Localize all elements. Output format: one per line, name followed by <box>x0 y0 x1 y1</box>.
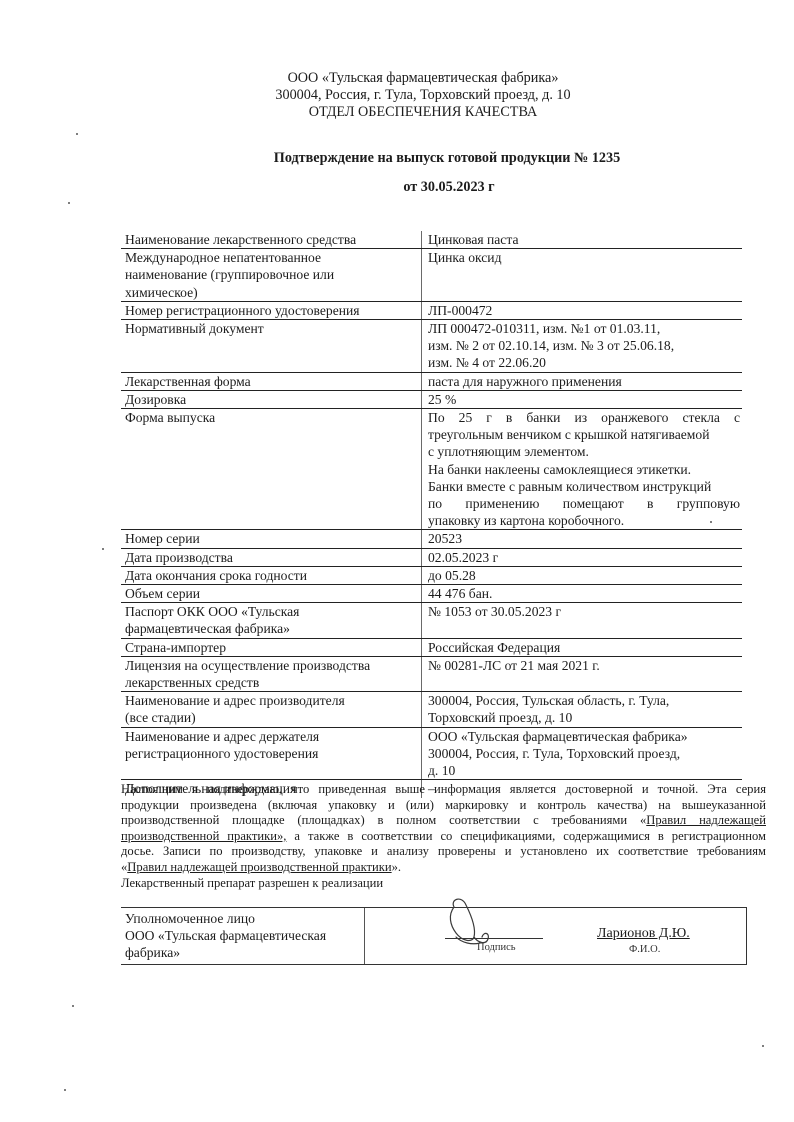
field-label: Лекарственная форма <box>121 373 421 390</box>
field-label: Номер регистрационного удостоверения <box>121 302 421 319</box>
field-value: № 1053 от 30.05.2023 г <box>421 603 742 637</box>
field-value: По 25 г в банки из оранжевого стекла стр… <box>421 409 742 529</box>
table-row: Страна-импортерРоссийская Федерация <box>121 639 742 657</box>
table-row: Нормативный документЛП 000472-010311, из… <box>121 320 742 373</box>
field-label: Дозировка <box>121 391 421 408</box>
field-label: Дата производства <box>121 549 421 566</box>
field-value: Цинка оксид <box>421 249 742 301</box>
table-row: Наименование и адрес держателярегистраци… <box>121 728 742 781</box>
scan-speck <box>64 1089 66 1091</box>
field-label: Лицензия на осуществление производствале… <box>121 657 421 691</box>
field-label: Наименование и адрес производителя(все с… <box>121 692 421 726</box>
field-label: Номер серии <box>121 530 421 547</box>
table-row: Форма выпускаПо 25 г в банки из оранжево… <box>121 409 742 530</box>
scan-speck <box>710 521 712 523</box>
statement-line: продукции произведена (включая упаковку … <box>121 798 766 814</box>
table-row: Объем серии44 476 бан. <box>121 585 742 603</box>
table-row: Международное непатентованноенаименовани… <box>121 249 742 302</box>
field-value: до 05.28 <box>421 567 742 584</box>
field-value: 25 % <box>421 391 742 408</box>
table-row: Дата производства02.05.2023 г <box>121 549 742 567</box>
scan-speck <box>72 1005 74 1007</box>
table-row: Лекарственная формапаста для наружного п… <box>121 373 742 391</box>
field-value: Российская Федерация <box>421 639 742 656</box>
scan-speck <box>102 548 104 550</box>
field-label: Форма выпуска <box>121 409 421 529</box>
statement-line: Настоящим я подтверждаю, что приведенная… <box>121 782 766 798</box>
gmp-reference: Правил надлежащей производственной практ… <box>127 860 391 874</box>
field-label: Наименование лекарственного средства <box>121 231 421 248</box>
scan-speck <box>68 202 70 204</box>
table-row: Номер серии20523 <box>121 530 742 548</box>
statement-line: производственной площадке (площадках) в … <box>121 813 766 829</box>
document-date: от 30.05.2023 г <box>52 179 794 196</box>
field-value: № 00281-ЛС от 21 мая 2021 г. <box>421 657 742 691</box>
scan-speck <box>762 1045 764 1047</box>
statement-line: «Правил надлежащей производственной прак… <box>121 860 766 876</box>
field-label: Наименование и адрес держателярегистраци… <box>121 728 421 780</box>
release-permission: Лекарственный препарат разрешен к реализ… <box>121 876 766 892</box>
signature-block: Уполномоченное лицо ООО «Тульская фармац… <box>121 907 747 965</box>
field-label: Нормативный документ <box>121 320 421 372</box>
field-label: Страна-импортер <box>121 639 421 656</box>
field-value: 300004, Россия, Тульская область, г. Тул… <box>421 692 742 726</box>
field-label: Дата окончания срока годности <box>121 567 421 584</box>
handwritten-signature-icon <box>440 893 510 953</box>
company-name: ООО «Тульская фармацевтическая фабрика» <box>52 70 794 87</box>
field-value: 20523 <box>421 530 742 547</box>
authorized-person: Уполномоченное лицо ООО «Тульская фармац… <box>121 908 365 964</box>
name-label: Ф.И.О. <box>629 944 660 955</box>
field-value: 02.05.2023 г <box>421 549 742 566</box>
field-value: 44 476 бан. <box>421 585 742 602</box>
field-value: ЛП 000472-010311, изм. №1 от 01.03.11,из… <box>421 320 742 372</box>
field-label: Международное непатентованноенаименовани… <box>121 249 421 301</box>
field-label: Паспорт ОКК ООО «Тульскаяфармацевтическа… <box>121 603 421 637</box>
gmp-reference: Правил надлежащей <box>646 813 766 827</box>
field-value: Цинковая паста <box>421 231 742 248</box>
field-value: ЛП-000472 <box>421 302 742 319</box>
table-row: Номер регистрационного удостоверенияЛП-0… <box>121 302 742 320</box>
field-value: ООО «Тульская фармацевтическая фабрика»3… <box>421 728 742 780</box>
field-label: Объем серии <box>121 585 421 602</box>
field-value: паста для наружного применения <box>421 373 742 390</box>
statement-line: производственной практики», а также в со… <box>121 829 766 845</box>
table-row: Наименование лекарственного средстваЦинк… <box>121 231 742 249</box>
product-info-table: Наименование лекарственного средстваЦинк… <box>121 231 742 798</box>
table-row: Паспорт ОКК ООО «Тульскаяфармацевтическа… <box>121 603 742 638</box>
company-address: 300004, Россия, г. Тула, Торховский прое… <box>52 87 794 104</box>
table-row: Дозировка25 % <box>121 391 742 409</box>
document-header: ООО «Тульская фармацевтическая фабрика» … <box>0 70 794 121</box>
statement-line: досье. Записи по производству, упаковке … <box>121 844 766 860</box>
gmp-reference: производственной практики», <box>121 829 286 843</box>
table-row: Наименование и адрес производителя(все с… <box>121 692 742 727</box>
document-title: Подтверждение на выпуск готовой продукци… <box>50 150 794 167</box>
signatory-name: Ларионов Д.Ю. <box>597 926 690 942</box>
scan-speck <box>76 133 78 135</box>
table-row: Лицензия на осуществление производствале… <box>121 657 742 692</box>
confirmation-statement: Настоящим я подтверждаю, что приведенная… <box>121 782 766 891</box>
table-row: Дата окончания срока годностидо 05.28 <box>121 567 742 585</box>
department-name: ОТДЕЛ ОБЕСПЕЧЕНИЯ КАЧЕСТВА <box>52 104 794 121</box>
